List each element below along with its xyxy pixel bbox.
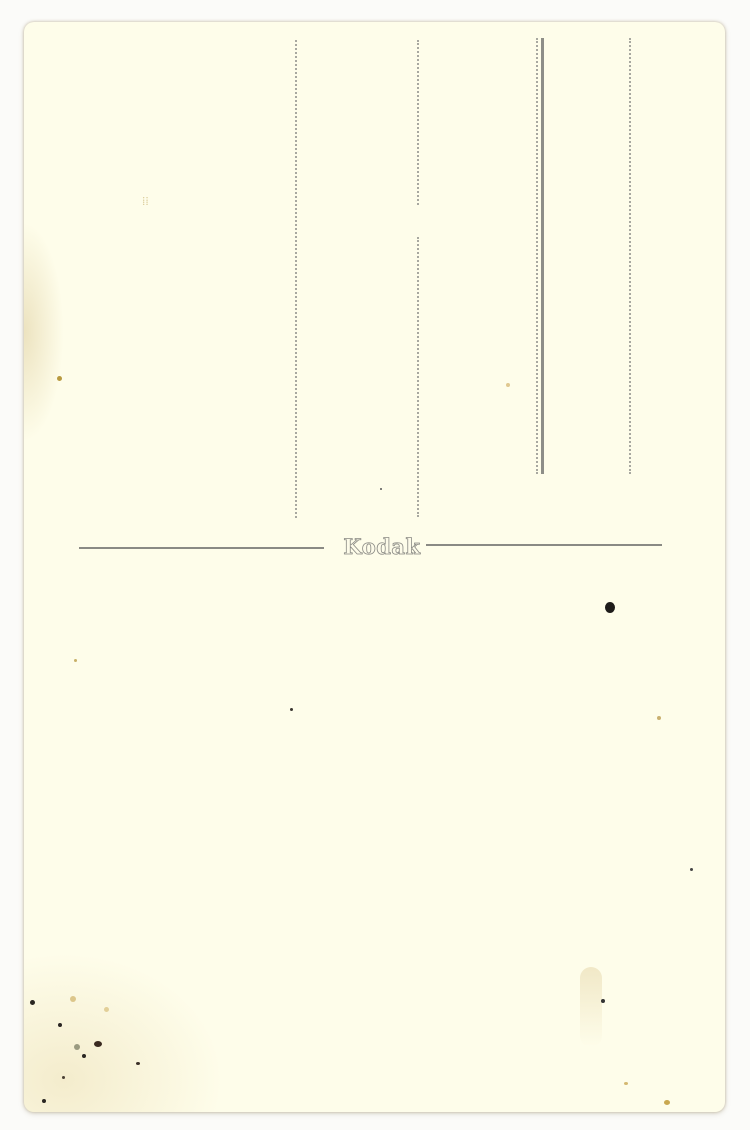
- stamp-box-solid-line: [541, 38, 544, 474]
- divider-right: [426, 544, 662, 546]
- stamp-box-dotted-right: [629, 38, 631, 474]
- foxing-spot: [506, 383, 510, 387]
- foxing-spot: [657, 716, 661, 720]
- postcard-back: ⁞⁞ Kodak: [24, 22, 725, 1112]
- foxing-spot: [601, 999, 605, 1003]
- foxing-spot: [690, 868, 693, 871]
- foxing-spot: [664, 1100, 670, 1105]
- age-stain-drip: [580, 967, 602, 1047]
- foxing-spot: [104, 1007, 109, 1012]
- foxing-spot: [290, 708, 293, 711]
- foxing-spot: [136, 1062, 140, 1065]
- brand-logo: Kodak: [334, 534, 430, 559]
- age-stain-left: [24, 222, 64, 442]
- divider-left: [79, 547, 324, 549]
- dotted-line-center-bottom: [417, 237, 419, 517]
- foxing-spot: [74, 659, 77, 662]
- foxing-spot: [30, 1000, 35, 1005]
- foxing-spot: [70, 996, 76, 1002]
- foxing-spot: [58, 1023, 62, 1027]
- foxing-spot: [57, 376, 62, 381]
- foxing-spot: [624, 1082, 628, 1085]
- ink-spot: [605, 602, 615, 613]
- foxing-spot: [380, 488, 382, 490]
- dotted-line-left: [295, 40, 297, 518]
- foxing-spot: [62, 1076, 65, 1079]
- age-stain-bottom: [24, 952, 224, 1112]
- stamp-box-dotted-left: [536, 38, 538, 474]
- foxing-spot: [94, 1041, 102, 1047]
- faint-pencil-mark: ⁞⁞: [142, 194, 172, 244]
- dotted-line-center-top: [417, 40, 419, 205]
- foxing-spot: [74, 1044, 80, 1050]
- foxing-spot: [42, 1099, 46, 1103]
- foxing-spot: [82, 1054, 86, 1058]
